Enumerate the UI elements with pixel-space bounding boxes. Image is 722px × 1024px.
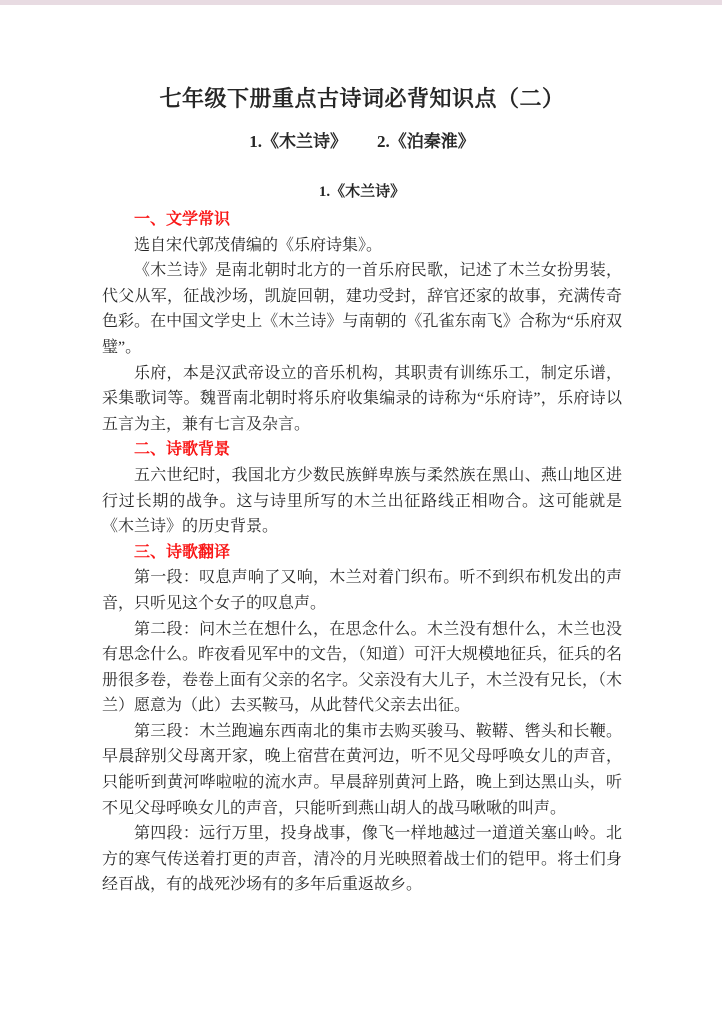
poem-section-title: 1.《木兰诗》 (102, 181, 622, 203)
page-top-edge (0, 0, 722, 5)
paragraph-translation-1: 第一段：叹息声响了又响，木兰对着门织布。听不到织布机发出的声音，只听见这个女子的… (102, 565, 622, 616)
document-page: 七年级下册重点古诗词必背知识点（二） 1.《木兰诗》 2.《泊秦淮》 1.《木兰… (0, 0, 722, 1024)
paragraph-translation-4: 第四段：远行万里，投身战事，像飞一样地越过一道道关塞山岭。北方的寒气传送着打更的… (102, 821, 622, 898)
doc-title: 七年级下册重点古诗词必背知识点（二） (102, 84, 622, 114)
subtitle-item-boqinhuai: 2.《泊秦淮》 (377, 130, 475, 154)
heading-poem-background: 二、诗歌背景 (102, 437, 622, 463)
document-body: 一、文学常识 选自宋代郭茂倩编的《乐府诗集》。 《木兰诗》是南北朝时北方的一首乐… (102, 207, 622, 898)
paragraph: 选自宋代郭茂倩编的《乐府诗集》。 (102, 233, 622, 259)
paragraph-translation-2: 第二段：问木兰在想什么，在思念什么。木兰没有想什么，木兰也没有思念什么。昨夜看见… (102, 617, 622, 719)
paragraph: 乐府，本是汉武帝设立的音乐机构，其职责有训练乐工，制定乐谱，采集歌词等。魏晋南北… (102, 361, 622, 438)
doc-subtitle: 1.《木兰诗》 2.《泊秦淮》 (102, 130, 622, 154)
heading-poem-translation: 三、诗歌翻译 (102, 540, 622, 566)
document-content: 七年级下册重点古诗词必背知识点（二） 1.《木兰诗》 2.《泊秦淮》 1.《木兰… (102, 84, 622, 898)
paragraph: 五六世纪时，我国北方少数民族鲜卑族与柔然族在黑山、燕山地区进行过长期的战争。这与… (102, 463, 622, 540)
heading-literary-knowledge: 一、文学常识 (102, 207, 622, 233)
subtitle-item-mulan: 1.《木兰诗》 (249, 130, 347, 154)
paragraph-translation-3: 第三段：木兰跑遍东西南北的集市去购买骏马、鞍鞯、辔头和长鞭。早晨辞别父母离开家，… (102, 719, 622, 821)
paragraph: 《木兰诗》是南北朝时北方的一首乐府民歌，记述了木兰女扮男装，代父从军，征战沙场，… (102, 258, 622, 360)
